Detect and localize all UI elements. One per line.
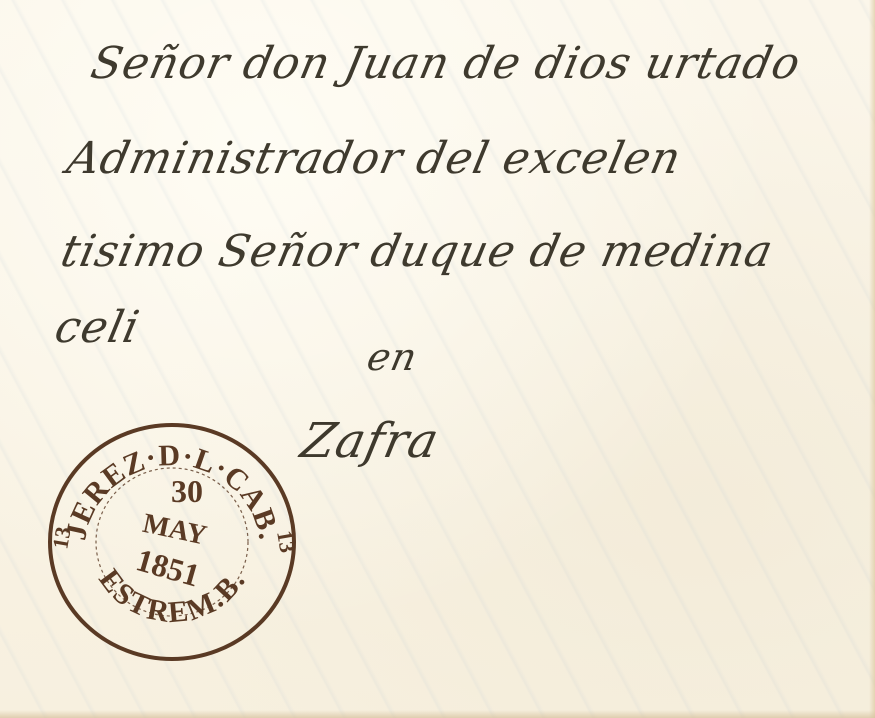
postmark-stamp-icon: JEREZ·D·L·CAB. ESTREM.B. 13 13 30 MAY 18… [45,420,300,665]
address-line-2: Administrador del excelen [63,133,686,184]
paper-edge-bottom [0,710,875,718]
postmark-day: 30 [171,473,203,509]
address-city: Zafra [296,413,444,469]
circular-postmark: JEREZ·D·L·CAB. ESTREM.B. 13 13 30 MAY 18… [45,420,300,665]
paper-edge-right [869,0,875,718]
postmark-right-number: 13 [272,529,300,555]
address-line-3: tisimo Señor duque de medina [57,226,778,277]
address-line-1: Señor don Juan de dios urtado [87,38,806,89]
address-line-4: celi [51,302,145,353]
address-line-en: en [363,335,421,379]
postmark-left-number: 13 [47,525,75,551]
